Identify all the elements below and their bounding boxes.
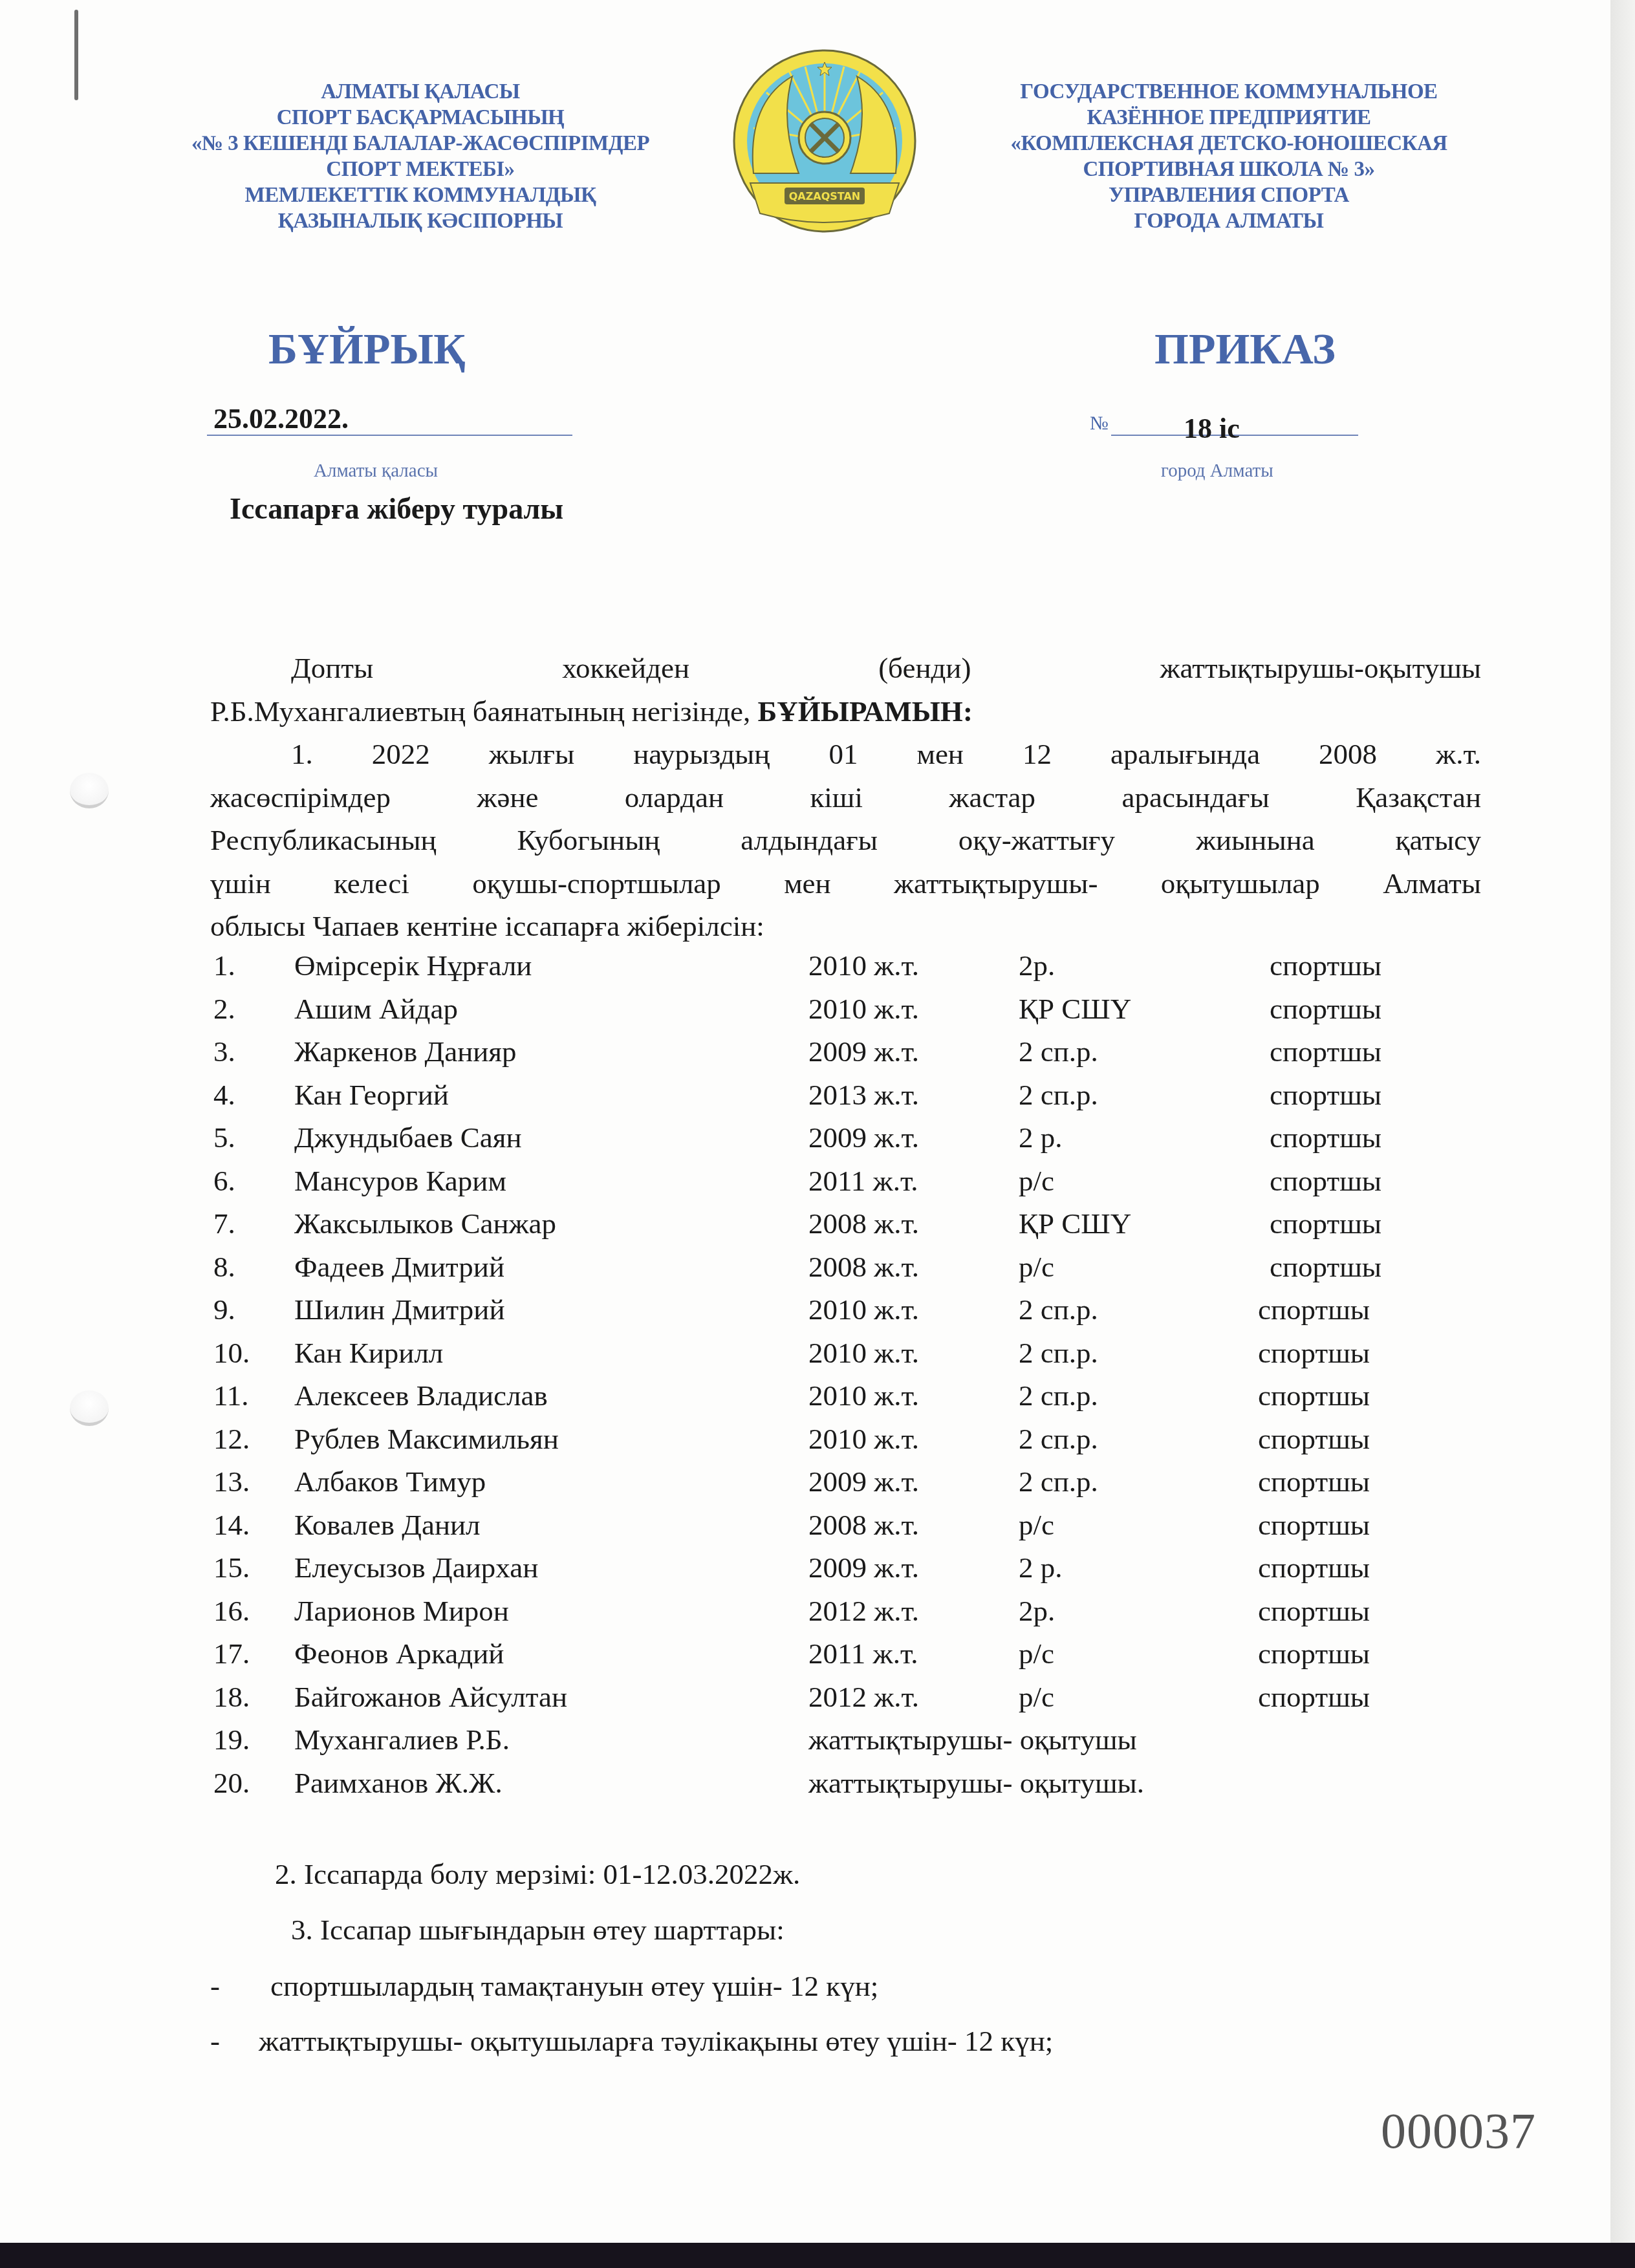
participant-role: спортшы bbox=[1258, 1551, 1370, 1584]
participant-role: жаттықтырушы- оқытушы bbox=[808, 1723, 1137, 1756]
roster-row: 9.Шилин Дмитрий2010 ж.т.2 сп.р.спортшы bbox=[0, 1293, 1635, 1336]
roster-number: 9. bbox=[213, 1293, 235, 1326]
birth-year: 2009 ж.т. bbox=[808, 1035, 919, 1068]
roster-number: 6. bbox=[213, 1164, 235, 1198]
roster-row: 1.Өмірсерік Нұрғали2010 ж.т.2р.спортшы bbox=[0, 949, 1635, 992]
sport-rank: 2 сп.р. bbox=[1019, 1336, 1098, 1370]
participant-role: спортшы bbox=[1258, 1637, 1370, 1670]
participant-name: Алексеев Владислав bbox=[294, 1379, 548, 1412]
roster-row: 18.Байгожанов Айсултан2012 ж.т.р/сспортш… bbox=[0, 1680, 1635, 1723]
letterhead-line: «№ 3 КЕШЕНДІ БАЛАЛАР-ЖАСӨСПІРІМДЕР bbox=[129, 131, 711, 157]
roster-row: 8.Фадеев Дмитрий2008 ж.т.р/сспортшы bbox=[0, 1250, 1635, 1293]
participant-name: Шилин Дмитрий bbox=[294, 1293, 504, 1326]
sport-rank: 2р. bbox=[1019, 1594, 1055, 1628]
participant-name: Кан Георгий bbox=[294, 1078, 449, 1112]
participant-role: спортшы bbox=[1258, 1422, 1370, 1456]
word: (бенди) bbox=[878, 652, 971, 684]
item-1-paragraph: 1. 2022 жылғы наурыздың 01 мен 12 аралығ… bbox=[210, 733, 1481, 948]
item-3-expenses-heading: 3. Іссапар шығындарын өтеу шарттары: bbox=[291, 1913, 785, 1947]
roster-row: 16.Ларионов Мирон2012 ж.т.2р.спортшы bbox=[0, 1594, 1635, 1637]
sport-rank: 2 сп.р. bbox=[1019, 1422, 1098, 1456]
date-underline bbox=[207, 435, 572, 436]
order-date: 25.02.2022. bbox=[213, 402, 349, 435]
word: хоккейден bbox=[562, 652, 689, 684]
bullet-text: жаттықтырушы- оқытушыларға тәулікақыны ө… bbox=[259, 2025, 1053, 2057]
order-title-russian: ПРИКАЗ bbox=[1154, 323, 1336, 374]
participant-name: Жаркенов Данияр bbox=[294, 1035, 517, 1068]
roster-row: 15.Елеусызов Даирхан2009 ж.т.2 р.спортшы bbox=[0, 1551, 1635, 1594]
letterhead-russian: ГОСУДАРСТВЕННОЕ КОММУНАЛЬНОЕ КАЗЁННОЕ ПР… bbox=[938, 79, 1520, 234]
birth-year: 2009 ж.т. bbox=[808, 1465, 919, 1498]
participant-role: жаттықтырушы- оқытушы. bbox=[808, 1766, 1144, 1800]
roster-number: 2. bbox=[213, 992, 235, 1026]
participant-name: Жаксылыков Санжар bbox=[294, 1207, 556, 1240]
roster-row: 2.Ашим Айдар2010 ж.т.ҚР СШҮспортшы bbox=[0, 992, 1635, 1035]
intro-line-2: Р.Б.Мухангалиевтың баянатының негізінде,… bbox=[210, 690, 1481, 733]
expense-bullet: -спортшылардың тамақтануын өтеу үшін- 12… bbox=[210, 1969, 878, 2003]
order-number: 18 іс bbox=[1184, 412, 1240, 445]
participant-name: Өмірсерік Нұрғали bbox=[294, 949, 532, 982]
item-1-line: 1. 2022 жылғы наурыздың 01 мен 12 аралығ… bbox=[210, 733, 1481, 776]
sport-rank: р/с bbox=[1019, 1680, 1054, 1714]
sport-rank: р/с bbox=[1019, 1250, 1054, 1284]
roster-number: 8. bbox=[213, 1250, 235, 1284]
participant-role: спортшы bbox=[1270, 1121, 1381, 1154]
bullet-marker: - bbox=[210, 1969, 252, 2003]
roster-number: 18. bbox=[213, 1680, 250, 1714]
participant-name: Раимханов Ж.Ж. bbox=[294, 1766, 503, 1800]
birth-year: 2009 ж.т. bbox=[808, 1121, 919, 1154]
order-subject: Іссапарға жіберу туралы bbox=[230, 491, 563, 526]
roster-number: 10. bbox=[213, 1336, 250, 1370]
birth-year: 2010 ж.т. bbox=[808, 1422, 919, 1456]
participant-name: Мухангалиев Р.Б. bbox=[294, 1723, 510, 1756]
birth-year: 2010 ж.т. bbox=[808, 1336, 919, 1370]
letterhead-line: УПРАВЛЕНИЯ СПОРТА bbox=[938, 182, 1520, 208]
participant-name: Фадеев Дмитрий bbox=[294, 1250, 504, 1284]
roster-row: 19.Мухангалиев Р.Б.жаттықтырушы- оқытушы bbox=[0, 1723, 1635, 1766]
intro-paragraph: Допты хоккейден (бенди) жаттықтырушы-оқы… bbox=[210, 647, 1481, 733]
participant-role: спортшы bbox=[1258, 1379, 1370, 1412]
birth-year: 2013 ж.т. bbox=[808, 1078, 919, 1112]
participant-role: спортшы bbox=[1270, 1250, 1381, 1284]
birth-year: 2008 ж.т. bbox=[808, 1207, 919, 1240]
order-title-kazakh: БҰЙРЫҚ bbox=[268, 323, 466, 374]
roster-row: 20.Раимханов Ж.Ж.жаттықтырушы- оқытушы. bbox=[0, 1766, 1635, 1809]
letterhead-line: СПОРТ МЕКТЕБІ» bbox=[129, 157, 711, 182]
roster-row: 14.Ковалев Данил2008 ж.т.р/сспортшы bbox=[0, 1508, 1635, 1551]
participant-name: Албаков Тимур bbox=[294, 1465, 486, 1498]
birth-year: 2010 ж.т. bbox=[808, 949, 919, 982]
participant-role: спортшы bbox=[1258, 1594, 1370, 1628]
roster-row: 3.Жаркенов Данияр2009 ж.т.2 сп.р.спортшы bbox=[0, 1035, 1635, 1078]
participant-name: Байгожанов Айсултан bbox=[294, 1680, 567, 1714]
roster-number: 5. bbox=[213, 1121, 235, 1154]
item-1-line: үшін келесі оқушы-спортшылар мен жаттықт… bbox=[210, 862, 1481, 905]
participant-role: спортшы bbox=[1258, 1465, 1370, 1498]
participant-name: Елеусызов Даирхан bbox=[294, 1551, 538, 1584]
participant-role: спортшы bbox=[1258, 1336, 1370, 1370]
roster-number: 12. bbox=[213, 1422, 250, 1456]
roster-number: 7. bbox=[213, 1207, 235, 1240]
birth-year: 2008 ж.т. bbox=[808, 1508, 919, 1542]
staple-mark-icon bbox=[74, 10, 78, 100]
participant-role: спортшы bbox=[1270, 1078, 1381, 1112]
birth-year: 2011 ж.т. bbox=[808, 1164, 918, 1198]
roster-number: 1. bbox=[213, 949, 235, 982]
letterhead-kazakh: АЛМАТЫ ҚАЛАСЫ СПОРТ БАСҚАРМАСЫНЫҢ «№ 3 К… bbox=[129, 79, 711, 234]
city-russian: город Алматы bbox=[1161, 460, 1273, 482]
roster-row: 11.Алексеев Владислав2010 ж.т.2 сп.р.спо… bbox=[0, 1379, 1635, 1422]
roster-number: 14. bbox=[213, 1508, 250, 1542]
roster-row: 17.Феонов Аркадий2011 ж.т.р/сспортшы bbox=[0, 1637, 1635, 1680]
sport-rank: р/с bbox=[1019, 1637, 1054, 1670]
roster-number: 16. bbox=[213, 1594, 250, 1628]
letterhead-line: «КОМПЛЕКСНАЯ ДЕТСКО-ЮНОШЕСКАЯ bbox=[938, 131, 1520, 157]
participant-role: спортшы bbox=[1270, 1035, 1381, 1068]
participant-name: Кан Кирилл bbox=[294, 1336, 443, 1370]
page-counter-stamp: 000037 bbox=[1381, 2102, 1536, 2160]
participant-name: Мансуров Карим bbox=[294, 1164, 506, 1198]
birth-year: 2010 ж.т. bbox=[808, 1379, 919, 1412]
bullet-text: спортшылардың тамақтануын өтеу үшін- 12 … bbox=[270, 1970, 878, 2002]
participant-name: Ашим Айдар bbox=[294, 992, 458, 1026]
participant-name: Рублев Максимильян bbox=[294, 1422, 559, 1456]
roster-number: 3. bbox=[213, 1035, 235, 1068]
roster-number: 15. bbox=[213, 1551, 250, 1584]
letterhead-line: МЕМЛЕКЕТТІК КОММУНАЛДЫҚ bbox=[129, 182, 711, 208]
bullet-marker: - bbox=[210, 2024, 252, 2058]
expense-bullet: -жаттықтырушы- оқытушыларға тәулікақыны … bbox=[210, 2024, 1053, 2058]
participant-name: Феонов Аркадий bbox=[294, 1637, 504, 1670]
letterhead-line: СПОРТИВНАЯ ШКОЛА № 3» bbox=[938, 157, 1520, 182]
word: жаттықтырушы-оқытушы bbox=[1160, 652, 1481, 684]
birth-year: 2011 ж.т. bbox=[808, 1637, 918, 1670]
sport-rank: 2р. bbox=[1019, 949, 1055, 982]
emblem-caption: QAZAQSTAN bbox=[789, 190, 861, 202]
roster-row: 5.Джундыбаев Саян2009 ж.т.2 р.спортшы bbox=[0, 1121, 1635, 1164]
participant-role: спортшы bbox=[1270, 949, 1381, 982]
participant-role: спортшы bbox=[1258, 1508, 1370, 1542]
word: Допты bbox=[291, 652, 373, 684]
letterhead-line: СПОРТ БАСҚАРМАСЫНЫҢ bbox=[129, 105, 711, 131]
roster-number: 19. bbox=[213, 1723, 250, 1756]
item-1-line: облысы Чапаев кентіне іссапарға жіберілс… bbox=[210, 905, 1481, 948]
letterhead-line: АЛМАТЫ ҚАЛАСЫ bbox=[129, 79, 711, 105]
roster-number: 20. bbox=[213, 1766, 250, 1800]
birth-year: 2009 ж.т. bbox=[808, 1551, 919, 1584]
birth-year: 2010 ж.т. bbox=[808, 1293, 919, 1326]
birth-year: 2010 ж.т. bbox=[808, 992, 919, 1026]
letterhead-line: ГОРОДА АЛМАТЫ bbox=[938, 208, 1520, 234]
scanner-bed bbox=[0, 2243, 1635, 2268]
order-directive: БҰЙЫРАМЫН: bbox=[758, 695, 973, 728]
sport-rank: 2 р. bbox=[1019, 1121, 1063, 1154]
birth-year: 2008 ж.т. bbox=[808, 1250, 919, 1284]
sport-rank: ҚР СШҮ bbox=[1019, 992, 1131, 1026]
city-kazakh: Алматы қаласы bbox=[314, 460, 438, 482]
roster-row: 4.Кан Георгий2013 ж.т.2 сп.р.спортшы bbox=[0, 1078, 1635, 1121]
roster-number: 13. bbox=[213, 1465, 250, 1498]
sport-rank: 2 сп.р. bbox=[1019, 1078, 1098, 1112]
sport-rank: р/с bbox=[1019, 1508, 1054, 1542]
sport-rank: ҚР СШҮ bbox=[1019, 1207, 1131, 1240]
sport-rank: 2 сп.р. bbox=[1019, 1379, 1098, 1412]
participant-role: спортшы bbox=[1270, 1164, 1381, 1198]
sport-rank: р/с bbox=[1019, 1164, 1054, 1198]
letterhead-line: КАЗЁННОЕ ПРЕДПРИЯТИЕ bbox=[938, 105, 1520, 131]
participant-name: Ларионов Мирон bbox=[294, 1594, 509, 1628]
letterhead-line: ҚАЗЫНАЛЫҚ КӘСІПОРНЫ bbox=[129, 208, 711, 234]
birth-year: 2012 ж.т. bbox=[808, 1680, 919, 1714]
roster-row: 12.Рублев Максимильян2010 ж.т.2 сп.р.спо… bbox=[0, 1422, 1635, 1465]
sport-rank: 2 сп.р. bbox=[1019, 1465, 1098, 1498]
kazakhstan-coat-of-arms-icon: QAZAQSTAN bbox=[728, 44, 922, 238]
sport-rank: 2 р. bbox=[1019, 1551, 1063, 1584]
participant-name: Джундыбаев Саян bbox=[294, 1121, 522, 1154]
item-1-line: жасөспірімдер және олардан кіші жастар а… bbox=[210, 776, 1481, 819]
item-2-duration: 2. Іссапарда болу мерзімі: 01-12.03.2022… bbox=[275, 1857, 800, 1891]
roster-row: 10.Кан Кирилл2010 ж.т.2 сп.р.спортшы bbox=[0, 1336, 1635, 1379]
participant-role: спортшы bbox=[1270, 992, 1381, 1026]
item-1-line: Республикасының Кубогының алдындағы оқу-… bbox=[210, 819, 1481, 862]
roster-number: 17. bbox=[213, 1637, 250, 1670]
roster-row: 6.Мансуров Карим2011 ж.т.р/сспортшы bbox=[0, 1164, 1635, 1207]
sport-rank: 2 сп.р. bbox=[1019, 1293, 1098, 1326]
roster-row: 13.Албаков Тимур2009 ж.т.2 сп.р.спортшы bbox=[0, 1465, 1635, 1508]
letterhead-line: ГОСУДАРСТВЕННОЕ КОММУНАЛЬНОЕ bbox=[938, 79, 1520, 105]
punch-hole-icon bbox=[70, 773, 109, 808]
roster-number: 4. bbox=[213, 1078, 235, 1112]
participant-name: Ковалев Данил bbox=[294, 1508, 481, 1542]
roster-number: 11. bbox=[213, 1379, 249, 1412]
birth-year: 2012 ж.т. bbox=[808, 1594, 919, 1628]
sport-rank: 2 сп.р. bbox=[1019, 1035, 1098, 1068]
participant-role: спортшы bbox=[1270, 1207, 1381, 1240]
intro-text: Р.Б.Мухангалиевтың баянатының негізінде, bbox=[210, 695, 750, 728]
number-sign: № bbox=[1090, 413, 1109, 435]
intro-line-1: Допты хоккейден (бенди) жаттықтырушы-оқы… bbox=[210, 647, 1481, 690]
participant-role: спортшы bbox=[1258, 1293, 1370, 1326]
participant-role: спортшы bbox=[1258, 1680, 1370, 1714]
roster-row: 7.Жаксылыков Санжар2008 ж.т.ҚР СШҮспортш… bbox=[0, 1207, 1635, 1250]
